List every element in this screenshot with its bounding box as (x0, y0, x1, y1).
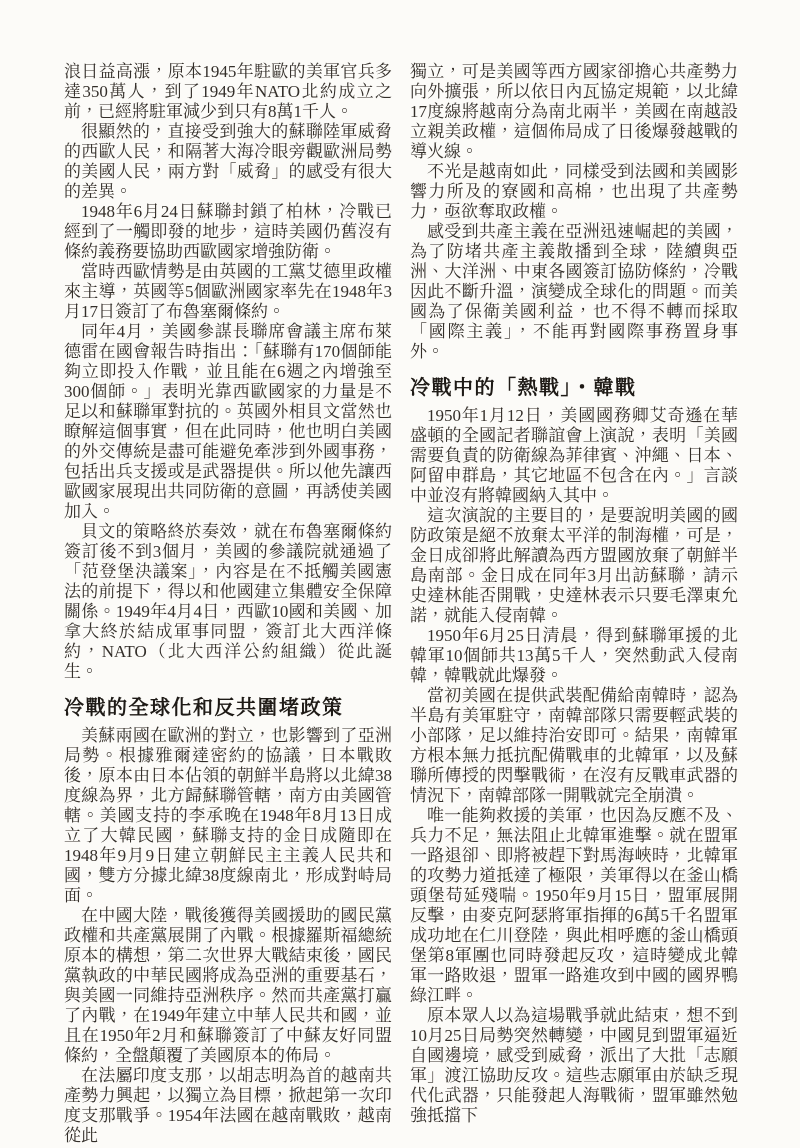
paragraph: 原本眾人以為這場戰爭就此結束，想不到10月25日局勢突然轉變，中國見到盟軍逼近自… (410, 1006, 738, 1126)
paragraph: 當初美國在提供武裝配備給南韓時，認為半島有美軍駐守，南韓部隊只需要輕武裝的小部隊… (410, 686, 738, 806)
paragraph: 美蘇兩國在歐洲的對立，也影響到了亞洲局勢。根據雅爾達密約的協議，日本戰敗後，原本… (64, 726, 392, 906)
scanned-document-page: 浪日益高漲，原本1945年駐歐的美軍官兵多達350萬人，到了1949年NATO北… (0, 0, 800, 1148)
paragraph: 在法屬印度支那，以胡志明為首的越南共產勢力興起，以獨立為目標，掀起第一次印度支那… (64, 1066, 392, 1146)
paragraph: 唯一能夠救援的美軍，也因為反應不及、兵力不足，無法阻止北韓軍進擊。就在盟軍一路退… (410, 806, 738, 1006)
two-column-text-block: 浪日益高漲，原本1945年駐歐的美軍官兵多達350萬人，到了1949年NATO北… (64, 62, 738, 1146)
paragraph: 不光是越南如此，同樣受到法國和美國影響力所及的寮國和高棉，也出現了共產勢力，亟欲… (410, 162, 738, 222)
paragraph: 在中國大陸，戰後獲得美國援助的國民黨政權和共產黨展開了內戰。根據羅斯福總統原本的… (64, 906, 392, 1066)
paragraph: 1950年6月25日清晨，得到蘇聯軍援的北韓軍10個師共13萬5千人，突然動武入… (410, 626, 738, 686)
section-heading-korean-war: 冷戰中的「熱戰」・韓戰 (410, 376, 738, 400)
paragraph: 同年4月，美國參謀長聯席會議主席布萊德雷在國會報告時指出：「蘇聯有170個師能夠… (64, 322, 392, 522)
paragraph: 1950年1月12日，美國國務卿艾奇遜在華盛頓的全國記者聯誼會上演說，表明「美國… (410, 406, 738, 506)
paragraph: 這次演說的主要目的，是要說明美國的國防政策是絕不放棄太平洋的制海權，可是，金日成… (410, 506, 738, 626)
paragraph: 當時西歐情勢是由英國的工黨艾德里政權來主導，英國等5個歐洲國家率先在1948年3… (64, 262, 392, 322)
paragraph: 很顯然的，直接受到強大的蘇聯陸軍威脅的西歐人民，和隔著大海冷眼旁觀歐洲局勢的美國… (64, 122, 392, 202)
left-column: 浪日益高漲，原本1945年駐歐的美軍官兵多達350萬人，到了1949年NATO北… (64, 62, 392, 1146)
section-heading-cold-war-globalization: 冷戰的全球化和反共圍堵政策 (64, 696, 392, 720)
paragraph: 獨立，可是美國等西方國家卻擔心共產勢力向外擴張，所以依日內瓦協定規範，以北緯17… (410, 62, 738, 162)
paragraph: 感受到共產主義在亞洲迅速崛起的美國，為了防堵共產主義散播到全球，陸續與亞洲、大洋… (410, 222, 738, 362)
paragraph: 貝文的策略終於奏效，就在布魯塞爾條約簽訂後不到3個月，美國的參議院就通過了「范登… (64, 522, 392, 682)
right-column: 獨立，可是美國等西方國家卻擔心共產勢力向外擴張，所以依日內瓦協定規範，以北緯17… (410, 62, 738, 1146)
paragraph: 浪日益高漲，原本1945年駐歐的美軍官兵多達350萬人，到了1949年NATO北… (64, 62, 392, 122)
paragraph: 1948年6月24日蘇聯封鎖了柏林，冷戰已經到了一觸即發的地步，這時美國仍舊沒有… (64, 202, 392, 262)
